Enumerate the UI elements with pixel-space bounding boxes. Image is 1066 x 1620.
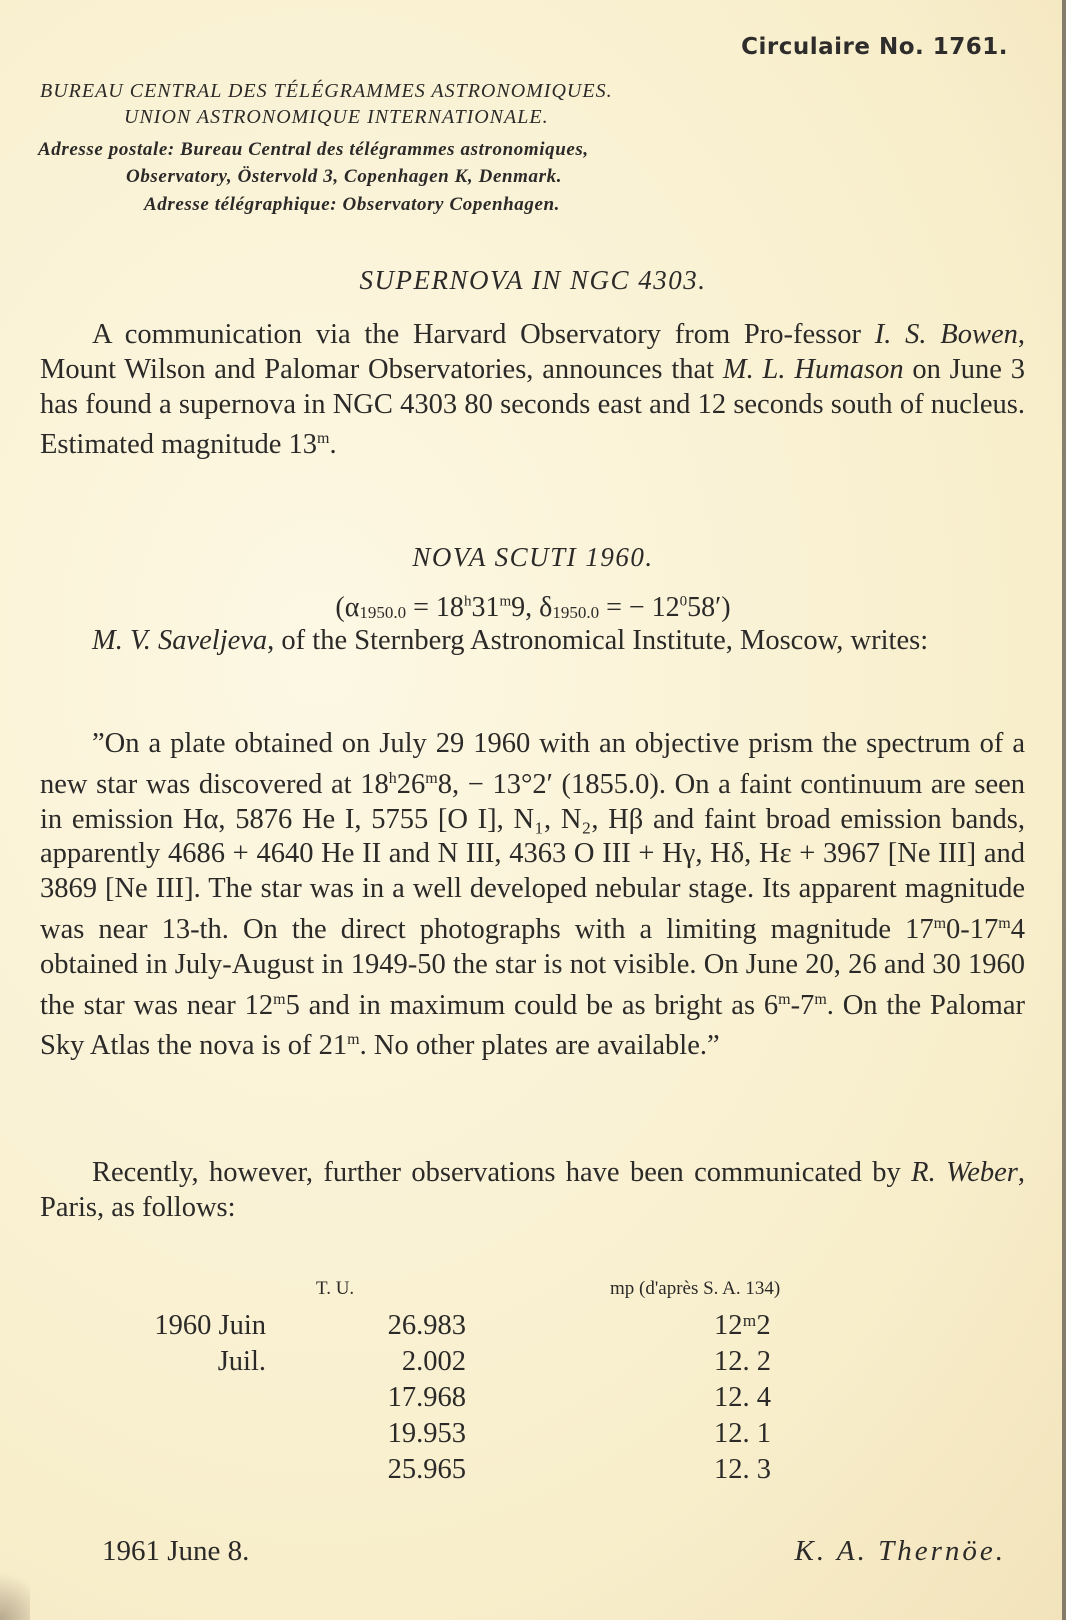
table-row: 25.965 12. 3 (0, 1454, 1066, 1488)
issue-date: 1961 June 8. (102, 1535, 249, 1568)
text: (α (335, 592, 359, 623)
postal-address-line2: Observatory, Östervold 3, Copenhagen K, … (126, 166, 562, 188)
weber-paragraph: Recently, however, further observations … (40, 1156, 1025, 1226)
text: . (329, 429, 336, 460)
unit: m (934, 915, 946, 932)
table-row: 1960 Juin 26.983 12ᵐ2 (0, 1310, 1066, 1344)
person-name: M. V. Saveljeva (92, 625, 267, 656)
nova-title: NOVA SCUTI 1960. (0, 542, 1066, 573)
text: 58′) (687, 592, 730, 623)
postal-address-line1: Adresse postale: Bureau Central des télé… (38, 139, 589, 161)
cell-month: Juil. (218, 1346, 266, 1378)
supernova-title: SUPERNOVA IN NGC 4303. (0, 265, 1066, 296)
nova-quote-paragraph: ”On a plate obtained on July 29 1960 wit… (40, 727, 1025, 1064)
unit: m (347, 1031, 359, 1048)
text: 31 (471, 592, 499, 623)
unit: m (425, 770, 437, 787)
unit: m (499, 594, 511, 610)
unit: h (389, 770, 397, 787)
text: 5 and in maximum could be as bright as 6 (286, 990, 779, 1021)
unit: m (998, 915, 1010, 932)
table-row: Juil. 2.002 12. 2 (0, 1346, 1066, 1380)
person-name: R. Weber (911, 1157, 1018, 1188)
text: 26 (397, 769, 426, 800)
unit: m (814, 991, 826, 1008)
column-header-magnitude: mp (d'après S. A. 134) (610, 1278, 780, 1300)
cell-magnitude: 12. 1 (714, 1418, 771, 1450)
circular-number: Circulaire No. 1761. (741, 34, 1008, 60)
text: . No other plates are available.” (360, 1030, 720, 1061)
cell-magnitude: 12. 3 (714, 1454, 771, 1486)
text: , of the Sternberg Astronomical Institut… (267, 625, 928, 656)
cell-month: 1960 Juin (154, 1310, 266, 1342)
signature: K. A. Thernöe. (795, 1535, 1006, 1568)
supernova-paragraph: A communication via the Harvard Observat… (40, 318, 1025, 463)
cell-day: 25.965 (388, 1454, 466, 1486)
cell-day: 2.002 (402, 1346, 466, 1378)
bureau-title: BUREAU CENTRAL DES TÉLÉGRAMMES ASTRONOMI… (40, 80, 613, 103)
table-row: 17.968 12. 4 (0, 1382, 1066, 1416)
page-stain (0, 1560, 30, 1620)
unit: m (273, 991, 285, 1008)
text: 0-17 (946, 914, 998, 945)
text: A communication via the Harvard Observat… (92, 319, 875, 350)
unit: m (778, 991, 790, 1008)
magnitude-superscript: m (317, 430, 329, 447)
cell-magnitude: 12ᵐ2 (714, 1310, 771, 1342)
cell-day: 17.968 (388, 1382, 466, 1414)
cell-magnitude: 12. 4 (714, 1382, 771, 1414)
cell-magnitude: 12. 2 (714, 1346, 771, 1378)
cell-day: 19.953 (388, 1418, 466, 1450)
circular-page: Circulaire No. 1761. BUREAU CENTRAL DES … (0, 0, 1066, 1620)
cell-day: 26.983 (388, 1310, 466, 1342)
text: = 18 (406, 592, 464, 623)
text: = − 12 (599, 592, 680, 623)
nova-coordinates: (α1950.0 = 18h31m9, δ1950.0 = − 12058′) (0, 592, 1066, 624)
text: -7 (791, 990, 815, 1021)
table-row: 19.953 12. 1 (0, 1418, 1066, 1452)
text: 9, δ (511, 592, 552, 623)
telegraphic-address: Adresse télégraphique: Observatory Copen… (144, 194, 560, 216)
text: Recently, however, further observations … (92, 1157, 911, 1188)
person-name: M. L. Humason (723, 354, 904, 385)
person-name: I. S. Bowen (875, 319, 1018, 350)
epoch: 1950.0 (359, 603, 406, 622)
nova-intro-paragraph: M. V. Saveljeva, of the Sternberg Astron… (40, 624, 1025, 659)
epoch: 1950.0 (552, 603, 599, 622)
column-header-time: T. U. (316, 1278, 354, 1300)
union-title: UNION ASTRONOMIQUE INTERNATIONALE. (124, 106, 549, 129)
